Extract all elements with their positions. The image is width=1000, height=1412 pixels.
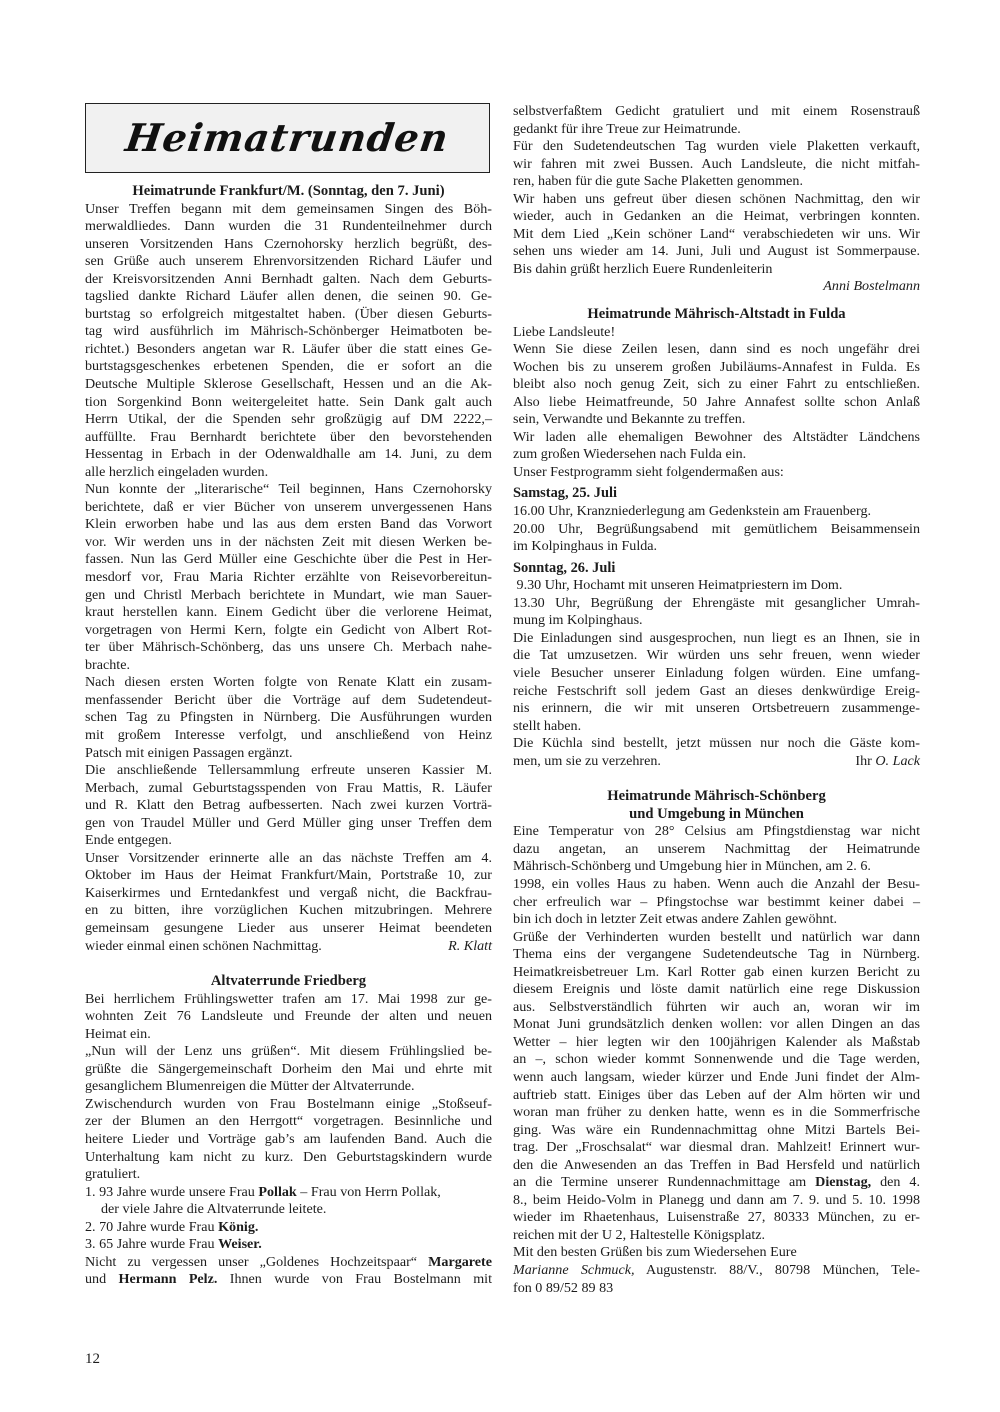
- text-line: Wir haben uns gefreut über diesen schöne…: [513, 191, 920, 209]
- article-body-muenchen: Eine Temperatur von 28° Celsius am Pfing…: [513, 823, 920, 1174]
- text-line: bin ich doch in letzter Zeit etwas ander…: [513, 911, 920, 929]
- text-line: merwaldliedes. Dann wurden die 31 Runden…: [85, 218, 492, 236]
- birthday-item-continued: der viele Jahre die Altvaterrunde leitet…: [85, 1201, 492, 1219]
- text-line: Monat Juni grundsätzlich denken wollen: …: [513, 1016, 920, 1034]
- text-line: Unser Treffen begann mit dem gemeinsamen…: [85, 201, 492, 219]
- text-line: reiche Festschrift soll jedem Gast an di…: [513, 683, 920, 701]
- text-line: Eine Temperatur von 28° Celsius am Pfing…: [513, 823, 920, 841]
- text-line: sen Grüße auch unserem Ehrenvorsitzenden…: [85, 253, 492, 271]
- text-line: Oktober im Haus der Heimat Frankfurt/Mai…: [85, 867, 492, 885]
- page-number: 12: [85, 1351, 100, 1368]
- text-line: unseren Vorsitzenden Hans Czernohorsky h…: [85, 236, 492, 254]
- text-line: „Nun will der Lenz uns grüßen“. Mit dies…: [85, 1043, 492, 1061]
- text-line: Kaiserkirmes und Erntedankfest und verga…: [85, 885, 492, 903]
- text-line: gen von Traudel Müller und Gerd Müller g…: [85, 815, 492, 833]
- text-line: zer der Blumen an den Herrgott“ vorgetra…: [85, 1113, 492, 1131]
- text-line: 8., beim Heido-Volm in Planegg und dann …: [513, 1192, 920, 1210]
- text-line: mesdorf vor, Frau Maria Richter erzählte…: [85, 569, 492, 587]
- text-line: Wir laden alle ehemaligen Bewohner des A…: [513, 429, 920, 447]
- text-line: Patsch mit einigen Passagen ergänzt.: [85, 745, 492, 763]
- text-line: ging. Was wäre ein Rundennachmittag ohne…: [513, 1122, 920, 1140]
- text-line: stellt haben.: [513, 718, 920, 736]
- text-line: Unser Festprogramm sieht folgendermaßen …: [513, 464, 920, 482]
- article-heading-muenchen-2: und Umgebung in München: [513, 806, 920, 824]
- text-line: Bis dahin grüßt herzlich Euere Rundenlei…: [513, 261, 920, 279]
- article-body-friedberg: Bei herrlichem Frühlingswetter trafen am…: [85, 991, 492, 1184]
- text-line: ren, haben für die gute Sache Plaketten …: [513, 173, 920, 191]
- text-line: gemeinsam gesungene Lieder aus unserer H…: [85, 920, 492, 938]
- closing-line: men, um sie zu verzehren.: [513, 753, 661, 771]
- text-line: diesem Ereignis und löste damit natürlic…: [513, 981, 920, 999]
- text-line: kraut herstellen kann. Einem Gedicht übe…: [85, 604, 492, 622]
- festival-program: Samstag, 25. Juli16.00 Uhr, Kranzniederl…: [513, 485, 920, 629]
- article-heading-fulda: Heimatrunde Mährisch-Altstadt in Fulda: [513, 306, 920, 324]
- text-line: en zu bitten, ihre vorzüglichen Kuchen m…: [85, 902, 492, 920]
- program-entry: 9.30 Uhr, Hochamt mit unseren Heimatprie…: [513, 577, 920, 595]
- text-line: Wenn Sie diese Zeilen lesen, dann sind e…: [513, 341, 920, 359]
- text-line: der Kreisvorsitzenden Anni Bernhadt galt…: [85, 271, 492, 289]
- text-line: wenn auch langsam, wieder kürzer und End…: [513, 1069, 920, 1087]
- program-entry: mung im Kolpinghaus.: [513, 612, 920, 630]
- text-line: Die Einladungen sind ausgesprochen, nun …: [513, 630, 920, 648]
- text-line: 1998, ein volles Haus zu haben. Wenn auc…: [513, 876, 920, 894]
- text-line: Unterhaltung kam nicht zu kurz. Den Gebu…: [85, 1149, 492, 1167]
- text-line: Zwischendurch wurden von Frau Bostelmann…: [85, 1096, 492, 1114]
- text-line: sehen uns wieder am 14. Juni, Juli und A…: [513, 243, 920, 261]
- text-line: wohnten Zeit 76 Landsleute und Freunde d…: [85, 1008, 492, 1026]
- author-signature: R. Klatt: [448, 938, 492, 956]
- text-line: tag wird ausführlich im Mährisch-Schönbe…: [85, 323, 492, 341]
- text-line: an –, schon wieder kommt Sonnenwende und…: [513, 1051, 920, 1069]
- text-line: gratuliert.: [85, 1166, 492, 1184]
- text-line: brachte.: [85, 657, 492, 675]
- text-line: Grüße der Verhinderten wurden bestellt u…: [513, 929, 920, 947]
- text-line: Deutsche Multiple Sklerose Gesellschaft,…: [85, 376, 492, 394]
- program-entry: im Kolpinghaus in Fulda.: [513, 538, 920, 556]
- text-line: dazu angetan, an unserem Nachmittag der …: [513, 841, 920, 859]
- text-line: heitere Lieder und Vorträge gab’s am lau…: [85, 1131, 492, 1149]
- article-body-muenchen-after: 8., beim Heido-Volm in Planegg und dann …: [513, 1192, 920, 1245]
- dates-line: an die Termine unserer Rundennachmittage…: [513, 1174, 920, 1192]
- masthead-title: Heimatrunden: [125, 129, 450, 147]
- text-line: wir fahren mit zwei Bussen. Auch Landsle…: [513, 156, 920, 174]
- left-column: Heimatrunden Heimatrunde Frankfurt/M. (S…: [85, 103, 492, 1289]
- text-line: richtet.) Besonders angetan war R. Läufe…: [85, 341, 492, 359]
- text-line: woran man früher zu denken hatte, wenn e…: [513, 1104, 920, 1122]
- text-line: ter über Mährisch-Schönberg, das uns uns…: [85, 639, 492, 657]
- text-line: gesanglichem Blumenreigen die Mütter der…: [85, 1078, 492, 1096]
- text-line: Herrn Utikal, der die Spenden sehr großz…: [85, 411, 492, 429]
- text-line: aus. Selbstverständlich führten wir auch…: [513, 999, 920, 1017]
- text-line: reichen mit der U 2, Haltestelle Königsp…: [513, 1227, 920, 1245]
- text-line: Liebe Landsleute!: [513, 324, 920, 342]
- right-column: selbstverfaßtem Gedicht gratuliert und m…: [513, 103, 920, 1297]
- author-name: Marianne Schmuck,: [513, 1262, 635, 1278]
- article-heading-friedberg: Altvaterrunde Friedberg: [85, 973, 492, 991]
- text-line: Heimat ein.: [85, 1026, 492, 1044]
- article-closing-frankfurt: wieder einmal einen schönen Nachmittag. …: [85, 938, 492, 956]
- author-signature: Anni Bostelmann: [513, 278, 920, 296]
- birthday-name: Weiser.: [218, 1236, 262, 1252]
- text-line: trag. Der „Froschsalat“ war diesmal dran…: [513, 1139, 920, 1157]
- text-line: selbstverfaßtem Gedicht gratuliert und m…: [513, 103, 920, 121]
- text-line: und R. Klatt den Betrag aufbesserten. Na…: [85, 797, 492, 815]
- text-line: burtstag so erfolgreich mitgestaltet hab…: [85, 306, 492, 324]
- text-line: gedankt für ihre Treue zur Heimatrunde.: [513, 121, 920, 139]
- text-line: sein, Verwandte und Bekannte zu treffen.: [513, 411, 920, 429]
- text-line: Also liebe Heimatfreunde, 50 Jahre Annaf…: [513, 394, 920, 412]
- birthday-item: 3. 65 Jahre wurde Frau Weiser.: [85, 1236, 492, 1254]
- text-line: berichtete, daß er vier Bücher von unser…: [85, 499, 492, 517]
- text-line: nis erinnern, die wir mit unseren Ortsbe…: [513, 700, 920, 718]
- text-line: Klein erworben habe und las aus dem erst…: [85, 516, 492, 534]
- weekday-bold: Dienstag,: [815, 1174, 871, 1190]
- text-line: vorgetragen von Hermi Kern, folgte ein G…: [85, 622, 492, 640]
- birthday-name: Pollak: [258, 1184, 296, 1200]
- program-entry: 16.00 Uhr, Kranzniederlegung am Gedenkst…: [513, 503, 920, 521]
- text-line: wieder im Rhaetenhaus, Luisenstraße 27, …: [513, 1209, 920, 1227]
- author-signature: Ihr O. Lack: [855, 753, 920, 771]
- text-line: burtstagsgeschenkes erbetenen Spenden, d…: [85, 358, 492, 376]
- text-line: Für den Sudetendeutschen Tag wurden viel…: [513, 138, 920, 156]
- text-line: den die Anwesenden an das Treffen in Bad…: [513, 1157, 920, 1175]
- birthday-item: 2. 70 Jahre wurde Frau König.: [85, 1219, 492, 1237]
- text-line: schen Tag zu Pfingsten in Nürnberg. Die …: [85, 709, 492, 727]
- program-entry: 13.30 Uhr, Begrüßung der Ehrengäste mit …: [513, 595, 920, 613]
- text-line: Mit dem Lied „Kein schöner Land“ verabsc…: [513, 226, 920, 244]
- text-line: Heimatkreisbetreuer Lm. Karl Rotter gab …: [513, 964, 920, 982]
- couple-name-bold: Hermann Pelz.: [119, 1271, 218, 1287]
- text-line: menfassender Bericht über die Vorträge a…: [85, 692, 492, 710]
- text-line: Mährisch-Schönberg und Umgebung hier in …: [513, 858, 920, 876]
- greeting-line: Mit den besten Grüßen bis zum Wiedersehe…: [513, 1244, 920, 1262]
- article-closing-fulda: Die Einladungen sind ausgesprochen, nun …: [513, 630, 920, 753]
- text-line: zum großen Wiedersehen nach Fulda ein.: [513, 446, 920, 464]
- text-line: tagslied dankte Richard Läufer allen den…: [85, 288, 492, 306]
- text-line: Die anschließende Tellersammlung erfreut…: [85, 762, 492, 780]
- text-line: vor. Wir werden uns in der nächsten Zeit…: [85, 534, 492, 552]
- text-line: Bei herrlichem Frühlingswetter trafen am…: [85, 991, 492, 1009]
- program-entry: 20.00 Uhr, Begrüßungsabend mit gemütlich…: [513, 521, 920, 539]
- text-line: Merbach, zumal Geburtstagsspenden von Fr…: [85, 780, 492, 798]
- closing-line: wieder einmal einen schönen Nachmittag.: [85, 938, 322, 956]
- article-heading-frankfurt: Heimatrunde Frankfurt/M. (Sonntag, den 7…: [85, 183, 492, 201]
- article-body-frankfurt: Unser Treffen begann mit dem gemeinsamen…: [85, 201, 492, 938]
- text-line: grüßte die Sängergemeinschaft Dorheim de…: [85, 1061, 492, 1079]
- text-line: gen und Christl Merbach berichtete in Mu…: [85, 587, 492, 605]
- text-line: cher erfreulich war – Pfingstochse war b…: [513, 894, 920, 912]
- text-line: Unser Vorsitzender erinnerte alle an das…: [85, 850, 492, 868]
- article-signoff-fulda: men, um sie zu verzehren. Ihr O. Lack: [513, 753, 920, 771]
- text-line: auffüllte. Frau Bernhardt berichtete übe…: [85, 429, 492, 447]
- text-line: viele Besucher unserer Einladung folgen …: [513, 665, 920, 683]
- program-day: Sonntag, 26. Juli: [513, 560, 920, 578]
- text-line: Thema eins der vergangene Sudetendeutsch…: [513, 946, 920, 964]
- text-line: Die Küchla sind bestellt, jetzt müssen n…: [513, 735, 920, 753]
- author-address-line: Marianne Schmuck, Augustenstr. 88/V., 80…: [513, 1262, 920, 1280]
- text-line: Nun konnte der „literarische“ Teil begin…: [85, 481, 492, 499]
- text-line: die Tat umzusetzen. Wir würden uns sehr …: [513, 647, 920, 665]
- text-line: Ende entgegen.: [85, 832, 492, 850]
- article-body-fulda: Liebe Landsleute!Wenn Sie diese Zeilen l…: [513, 324, 920, 482]
- couple-line-1: Nicht zu vergessen unser „Goldenes Hochz…: [85, 1254, 492, 1272]
- text-line: tion Sorgenkind Bonn weitergeleitet hatt…: [85, 394, 492, 412]
- text-line: wieder, auch in Gedanken an die Heimat, …: [513, 208, 920, 226]
- couple-name-bold: Margarete: [428, 1254, 492, 1270]
- birthday-list: 1. 93 Jahre wurde unsere Frau Pollak – F…: [85, 1184, 492, 1254]
- article-heading-muenchen-1: Heimatrunde Mährisch-Schönberg: [513, 788, 920, 806]
- text-line: alle herzlich eingeladen wurden.: [85, 464, 492, 482]
- text-line: Nach diesen ersten Worten folgte von Ren…: [85, 674, 492, 692]
- section-masthead: Heimatrunden: [85, 103, 490, 173]
- program-day: Samstag, 25. Juli: [513, 485, 920, 503]
- phone-line: fon 0 89/52 89 83: [513, 1280, 920, 1298]
- text-line: Hessentag in Erbach in der Odenwaldhalle…: [85, 446, 492, 464]
- text-line: fassen. Nun las Gerd Müller eine Geschic…: [85, 551, 492, 569]
- birthday-item: 1. 93 Jahre wurde unsere Frau Pollak – F…: [85, 1184, 492, 1202]
- couple-line-2: und Hermann Pelz. Ihnen wurde von Frau B…: [85, 1271, 492, 1289]
- text-line: Wetter – hier legten wir den 100jährigen…: [513, 1034, 920, 1052]
- text-line: auftrieb statt. Einiges über das Leben a…: [513, 1087, 920, 1105]
- birthday-name: König.: [218, 1219, 258, 1235]
- article-body-friedberg-continued: selbstverfaßtem Gedicht gratuliert und m…: [513, 103, 920, 278]
- text-line: bleibt also noch genug Zeit, sich zu ein…: [513, 376, 920, 394]
- text-line: Wochen bis zu unserem großen Jubiläums-A…: [513, 359, 920, 377]
- text-line: mit großem Interesse verfolgt, und ansch…: [85, 727, 492, 745]
